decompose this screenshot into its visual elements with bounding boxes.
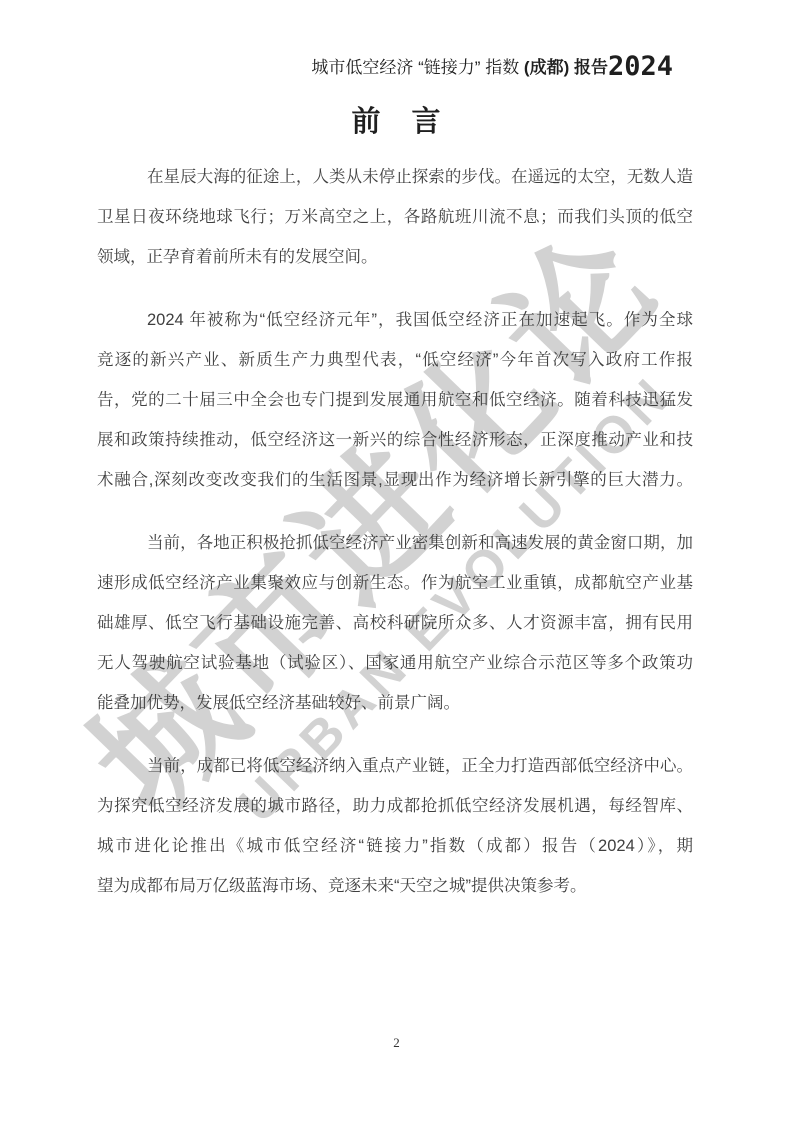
report-page: 城市进化论 URBAN EVOLUTION 城市低空经济 “链接力” 指数 (成…: [0, 0, 793, 1122]
text-line: 当前，各地正积极抢抓低空经济产业密集创新和高速发展的黄金窗口期，加: [97, 523, 693, 563]
paragraph-1: 在星辰大海的征途上，人类从未停止探索的步伐。在遥远的太空，无数人造 卫星日夜环绕…: [97, 157, 693, 277]
text-line: 告，党的二十届三中全会也专门提到发展通用航空和低空经济。随着科技迅猛发: [97, 380, 693, 420]
document-body: 在星辰大海的征途上，人类从未停止探索的步伐。在遥远的太空，无数人造 卫星日夜环绕…: [97, 157, 693, 906]
text-line: 础雄厚、低空飞行基础设施完善、高校科研院所众多、人才资源丰富，拥有民用: [97, 603, 693, 643]
text-line: 能叠加优势，发展低空经济基础较好、前景广阔。: [97, 683, 693, 723]
page-header: 城市低空经济 “链接力” 指数 (成都) 报告2024: [0, 0, 673, 84]
text-line: 术融合,深刻改变改变我们的生活图景,显现出作为经济增长新引擎的巨大潜力。: [97, 460, 693, 500]
paragraph-3: 当前，各地正积极抢抓低空经济产业密集创新和高速发展的黄金窗口期，加 速形成低空经…: [97, 523, 693, 723]
text-line: 卫星日夜环绕地球飞行；万米高空之上，各路航班川流不息；而我们头顶的低空: [97, 197, 693, 237]
text-line: 2024 年被称为“低空经济元年”，我国低空经济正在加速起飞。作为全球: [97, 300, 693, 340]
text-line: 速形成低空经济产业集聚效应与创新生态。作为航空工业重镇，成都航空产业基: [97, 563, 693, 603]
text-line: 展和政策持续推动，低空经济这一新兴的综合性经济形态，正深度推动产业和技: [97, 420, 693, 460]
paragraph-4: 当前，成都已将低空经济纳入重点产业链，正全力打造西部低空经济中心。 为探究低空经…: [97, 746, 693, 906]
text-line: 无人驾驶航空试验基地（试验区）、国家通用航空产业综合示范区等多个政策功: [97, 643, 693, 683]
text-line: 竞逐的新兴产业、新质生产力典型代表，“低空经济”今年首次写入政府工作报: [97, 340, 693, 380]
section-title: 前 言: [0, 104, 793, 140]
text-line: 领域，正孕育着前所未有的发展空间。: [97, 237, 693, 277]
text-line: 在星辰大海的征途上，人类从未停止探索的步伐。在遥远的太空，无数人造: [97, 157, 693, 197]
header-title-bold: (成都) 报告: [524, 58, 608, 77]
text-line: 城市进化论推出《城市低空经济“链接力”指数（成都）报告（2024）》，期: [97, 826, 693, 866]
text-line: 当前，成都已将低空经济纳入重点产业链，正全力打造西部低空经济中心。: [97, 746, 693, 786]
text-line: 为探究低空经济发展的城市路径，助力成都抢抓低空经济发展机遇，每经智库、: [97, 786, 693, 826]
paragraph-2: 2024 年被称为“低空经济元年”，我国低空经济正在加速起飞。作为全球 竞逐的新…: [97, 300, 693, 500]
page-number: 2: [0, 1034, 793, 1052]
header-title-year: 2024: [608, 51, 673, 82]
text-line: 望为成都布局万亿级蓝海市场、竞逐未来“天空之城”提供决策参考。: [97, 866, 693, 906]
header-title-regular: 城市低空经济 “链接力” 指数: [311, 58, 524, 77]
